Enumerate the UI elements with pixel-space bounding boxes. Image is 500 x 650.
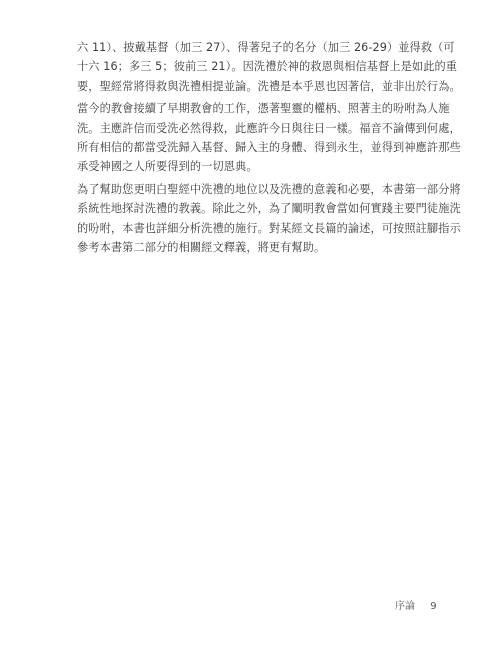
text-line: 要，聖經常將得救與洗禮相提並論。洗禮是本乎恩也因著信，並非出於行為。 — [77, 77, 429, 96]
text-line: 系統性地探討洗禮的教義。除此之外，為了闡明教會當如何實踐主要門徒施洗 — [77, 199, 429, 218]
page-number: 9 — [430, 601, 436, 612]
text-line: 洗。主應許信而受洗必然得救，此應許今日與往日一樣。福音不論傳到何處， — [77, 119, 429, 138]
body-text: 六 11）、披戴基督（加三 27）、得著兒子的名分（加三 26-29）並得救（可… — [77, 38, 429, 260]
document-page: 六 11）、披戴基督（加三 27）、得著兒子的名分（加三 26-29）並得救（可… — [0, 0, 500, 650]
paragraph-1: 六 11）、披戴基督（加三 27）、得著兒子的名分（加三 26-29）並得救（可… — [77, 38, 429, 96]
section-label: 序論 — [395, 597, 415, 612]
paragraph-2: 當今的教會接續了早期教會的工作，憑著聖靈的權柄、照著主的吩咐為人施 洗。主應許信… — [77, 99, 429, 177]
text-line: 為了幫助您更明白聖經中洗禮的地位以及洗禮的意義和必要，本書第一部分將 — [77, 180, 429, 199]
text-line: 承受神國之人所要得到的一切恩典。 — [77, 157, 429, 176]
text-line: 十六 16；多三 5；彼前三 21）。因洗禮於神的救恩與相信基督上是如此的重 — [77, 57, 429, 76]
text-line: 當今的教會接續了早期教會的工作，憑著聖靈的權柄、照著主的吩咐為人施 — [77, 99, 429, 118]
text-line: 參考本書第二部分的相關經文釋義，將更有幫助。 — [77, 238, 429, 257]
text-line: 所有相信的都當受洗歸入基督、歸入主的身體、得到永生，並得到神應許那些 — [77, 138, 429, 157]
page-footer: 序論 9 — [395, 597, 437, 612]
paragraph-3: 為了幫助您更明白聖經中洗禮的地位以及洗禮的意義和必要，本書第一部分將 系統性地探… — [77, 180, 429, 258]
text-line: 六 11）、披戴基督（加三 27）、得著兒子的名分（加三 26-29）並得救（可 — [77, 38, 429, 57]
text-line: 的吩咐，本書也詳細分析洗禮的施行。對某經文長篇的論述，可按照註腳指示 — [77, 219, 429, 238]
